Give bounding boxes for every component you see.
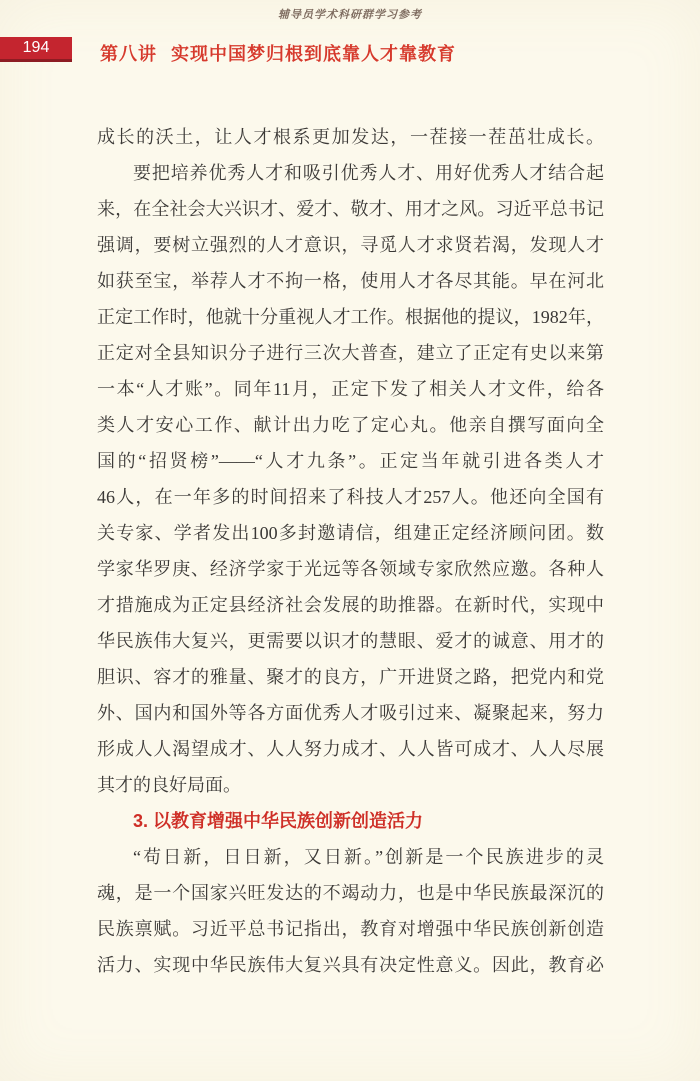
running-head: 辅导员学术科研群学习参考	[0, 6, 700, 22]
text-line: 民族禀赋。习近平总书记指出，教育对增强中华民族创新创造	[97, 911, 604, 947]
text-line: 其才的良好局面。	[97, 767, 604, 803]
text-line: 形成人人渴望成才、人人努力成才、人人皆可成才、人人尽展	[97, 731, 604, 767]
chapter-header: 第八讲实现中国梦归根到底靠人才靠教育	[100, 40, 456, 66]
text-line: 强调，要树立强烈的人才意识，寻觅人才求贤若渴，发现人才	[97, 227, 604, 263]
text-line: 才措施成为正定县经济社会发展的助推器。在新时代，实现中	[97, 587, 604, 623]
text-line: 成长的沃土，让人才根系更加发达，一茬接一茬茁壮成长。	[97, 119, 604, 155]
text-line: “苟日新，日日新，又日新。”创新是一个民族进步的灵	[97, 839, 604, 875]
text-line: 国的“招贤榜”——“人才九条”。正定当年就引进各类人才	[97, 443, 604, 479]
text-line: 关专家、学者发出100多封邀请信，组建正定经济顾问团。数	[97, 515, 604, 551]
text-line: 华民族伟大复兴，更需要以识才的慧眼、爱才的诚意、用才的	[97, 623, 604, 659]
section-subheading: 3. 以教育增强中华民族创新创造活力	[97, 803, 604, 839]
book-page: 辅导员学术科研群学习参考 194 第八讲实现中国梦归根到底靠人才靠教育 成长的沃…	[0, 0, 700, 1081]
text-line: 一本“人才账”。同年11月，正定下发了相关人才文件，给各	[97, 371, 604, 407]
text-line: 如获至宝，举荐人才不拘一格，使用人才各尽其能。早在河北	[97, 263, 604, 299]
text-line: 活力、实现中华民族伟大复兴具有决定性意义。因此，教育必	[97, 947, 604, 983]
text-line: 类人才安心工作、献计出力吃了定心丸。他亲自撰写面向全	[97, 407, 604, 443]
chapter-label: 第八讲	[100, 44, 157, 64]
text-line: 魂，是一个国家兴旺发达的不竭动力，也是中华民族最深沉的	[97, 875, 604, 911]
text-line: 正定对全县知识分子进行三次大普查，建立了正定有史以来第	[97, 335, 604, 371]
body-text: 成长的沃土，让人才根系更加发达，一茬接一茬茁壮成长。 要把培养优秀人才和吸引优秀…	[97, 119, 604, 983]
chapter-title: 实现中国梦归根到底靠人才靠教育	[171, 44, 456, 64]
text-line: 学家华罗庚、经济学家于光远等各领域专家欣然应邀。各种人	[97, 551, 604, 587]
page-number-badge: 194	[0, 37, 72, 62]
page-number: 194	[23, 39, 50, 56]
text-line: 46人，在一年多的时间招来了科技人才257人。他还向全国有	[97, 479, 604, 515]
text-line: 来，在全社会大兴识才、爱才、敬才、用才之风。习近平总书记	[97, 191, 604, 227]
text-line: 外、国内和国外等各方面优秀人才吸引过来、凝聚起来，努力	[97, 695, 604, 731]
text-line: 正定工作时，他就十分重视人才工作。根据他的提议，1982年，	[97, 299, 604, 335]
text-line: 胆识、容才的雅量、聚才的良方，广开进贤之路，把党内和党	[97, 659, 604, 695]
text-line: 要把培养优秀人才和吸引优秀人才、用好优秀人才结合起	[97, 155, 604, 191]
